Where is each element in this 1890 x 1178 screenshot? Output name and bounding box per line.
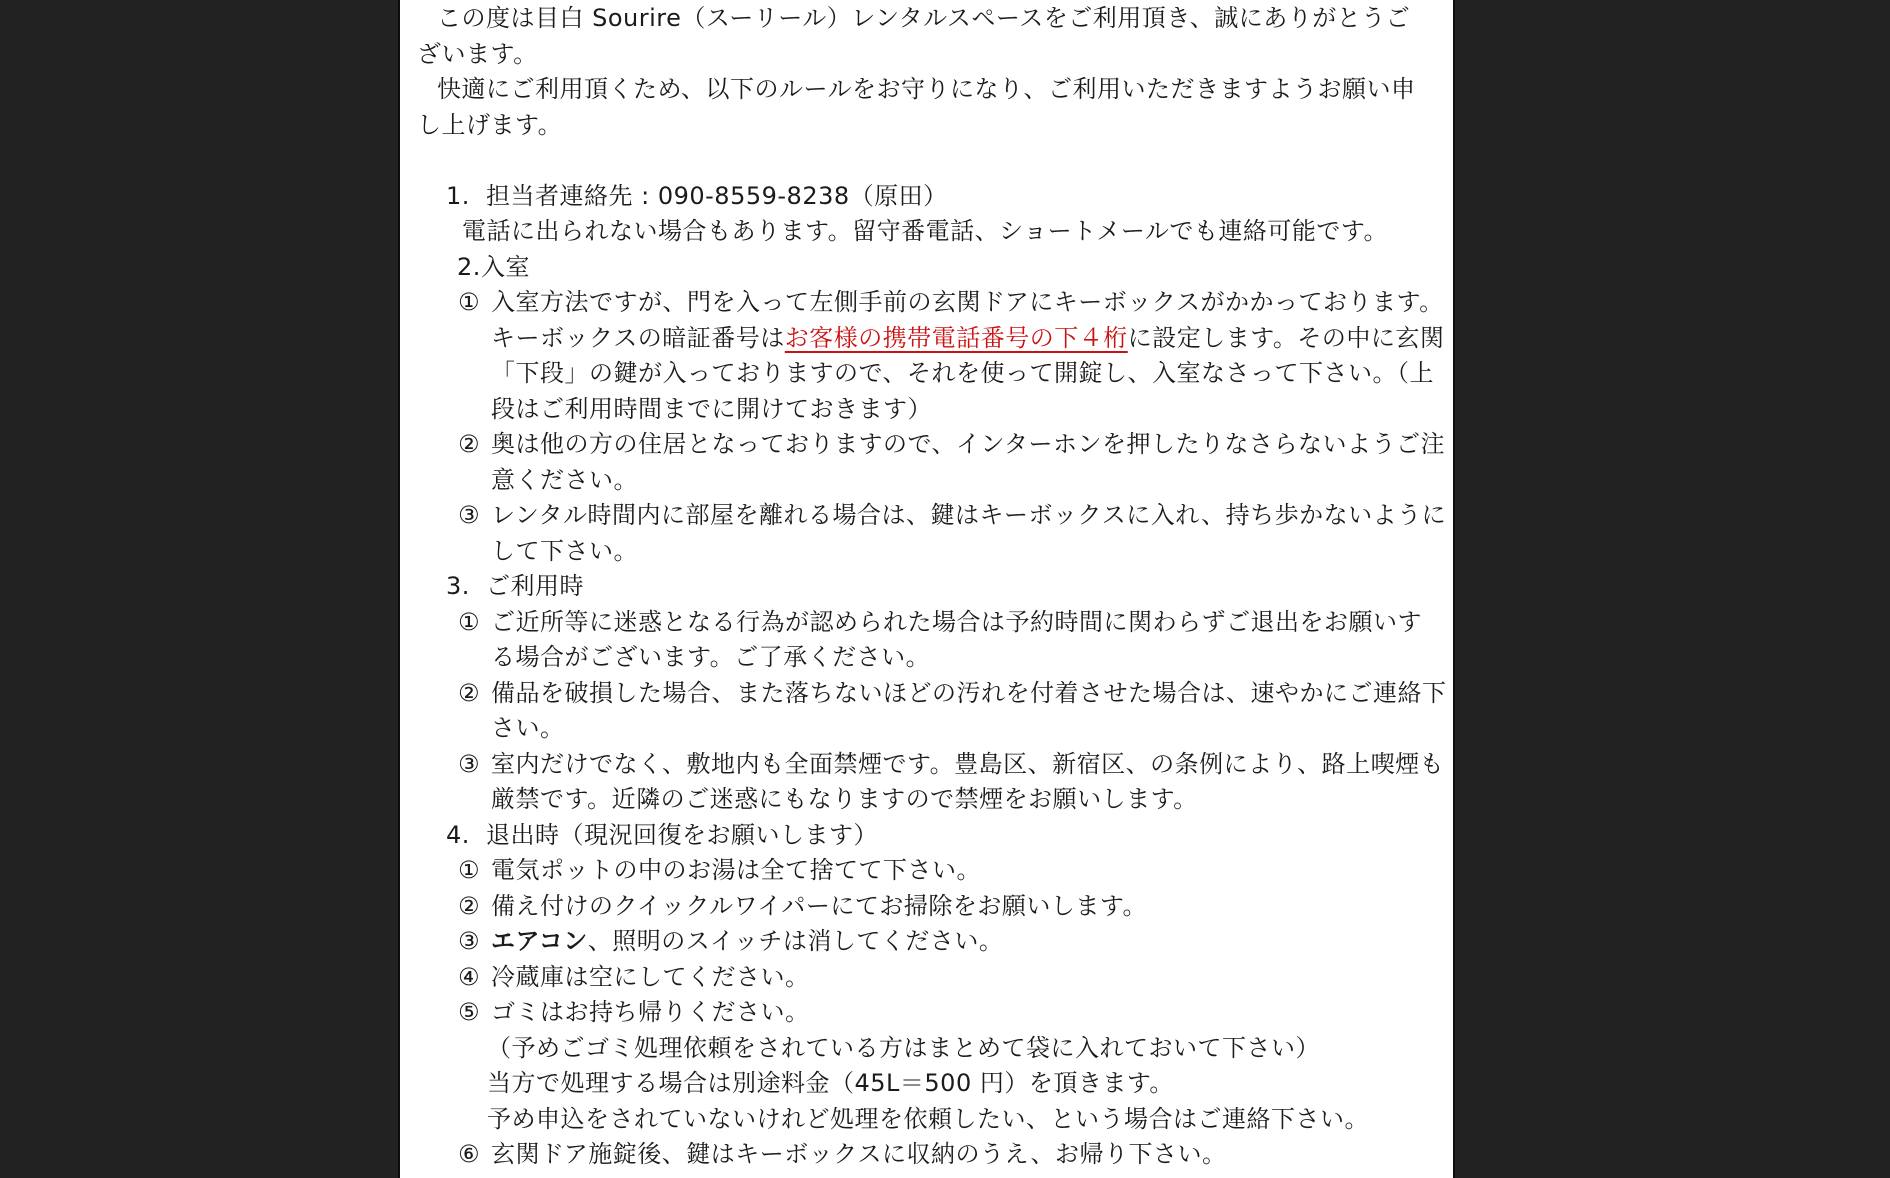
- text-line: 3.ご利用時: [400, 569, 1453, 605]
- text-segment: 室内だけでなく、敷地内も全面禁煙です。豊島区、新宿区、の条例により、路上喫煙も: [491, 750, 1444, 778]
- text-line: ②奥は他の方の住居となっておりますので、インターホンを押したりなさらないようご注: [400, 427, 1453, 463]
- text-line: ①ご近所等に迷惑となる行為が認められた場合は予約時間に関わらずご退出をお願いす: [400, 605, 1453, 641]
- list-marker: ②: [458, 427, 491, 463]
- text-segment: して下さい。: [491, 537, 638, 565]
- text-segment: エアコン: [491, 927, 588, 955]
- text-line: ②備品を破損した場合、また落ちないほどの汚れを付着させた場合は、速やかにご連絡下: [400, 676, 1453, 712]
- text-line: 厳禁です。近隣のご迷惑にもなりますので禁煙をお願いします。: [400, 782, 1453, 818]
- text-segment: この度は目白 Sourire（スーリール）レンタルスペースをご利用頂き、誠にあり…: [437, 4, 1410, 32]
- text-segment: （予めごゴミ処理依頼をされている方はまとめて袋に入れておいて下さい）: [487, 1034, 1320, 1062]
- text-line: ⑥玄関ドア施錠後、鍵はキーボックスに収納のうえ、お帰り下さい。: [400, 1137, 1453, 1173]
- list-marker: ⑥: [458, 1137, 491, 1173]
- text-segment: ご近所等に迷惑となる行為が認められた場合は予約時間に関わらずご退出をお願いす: [491, 608, 1422, 636]
- text-segment: 厳禁です。近隣のご迷惑にもなりますので禁煙をお願いします。: [491, 785, 1198, 813]
- text-segment: 備え付けのクイックルワイパーにてお掃除をお願いします。: [491, 892, 1147, 920]
- text-segment: 担当者連絡先 : 090-8559-8238（原田）: [486, 182, 948, 210]
- text-segment: し上げます。: [417, 111, 562, 139]
- text-segment: 電話に出られない場合もあります。留守番電話、ショートメールでも連絡可能です。: [462, 217, 1388, 245]
- text-line: ③レンタル時間内に部屋を離れる場合は、鍵はキーボックスに入れ、持ち歩かないように: [400, 498, 1453, 534]
- text-segment: 予め申込をされていないけれど処理を依頼したい、という場合はご連絡下さい。: [487, 1105, 1369, 1133]
- text-segment: 当方で処理する場合は別途料金（45L＝500 円）を頂きます。: [487, 1069, 1174, 1097]
- text-line: る場合がございます。ご了承ください。: [400, 640, 1453, 676]
- text-segment: ご利用時: [486, 572, 584, 600]
- text-segment: 冷蔵庫は空にしてください。: [491, 963, 810, 991]
- text-line: ④冷蔵庫は空にしてください。: [400, 960, 1453, 996]
- text-line: ざいます。: [400, 37, 1453, 73]
- text-segment: さい。: [491, 714, 565, 742]
- text-line: さい。: [400, 711, 1453, 747]
- text-line: （予めごゴミ処理依頼をされている方はまとめて袋に入れておいて下さい）: [400, 1031, 1453, 1067]
- text-line: 「下段」の鍵が入っておりますので、それを使って開錠し、入室なさって下さい。（上: [400, 356, 1453, 392]
- text-line: この度は目白 Sourire（スーリール）レンタルスペースをご利用頂き、誠にあり…: [400, 1, 1453, 37]
- list-marker: ①: [458, 285, 491, 321]
- list-marker: ①: [458, 853, 491, 889]
- list-marker: ④: [458, 960, 491, 996]
- text-segment: に設定します。その中に玄関: [1128, 324, 1445, 352]
- text-line: ①入室方法ですが、門を入って左側手前の玄関ドアにキーボックスがかかっております。: [400, 285, 1453, 321]
- list-marker: ①: [458, 605, 491, 641]
- list-marker: ⑤: [458, 995, 491, 1031]
- list-marker: ③: [458, 924, 491, 960]
- text-segment: 意ください。: [491, 466, 638, 494]
- text-line: して下さい。: [400, 534, 1453, 570]
- list-marker: 1.: [446, 179, 486, 215]
- text-segment: 入室: [481, 253, 530, 281]
- text-segment: 奥は他の方の住居となっておりますので、インターホンを押したりなさらないようご注: [491, 430, 1445, 458]
- list-marker: ②: [458, 889, 491, 925]
- list-marker: ③: [458, 747, 491, 783]
- list-marker: ②: [458, 676, 491, 712]
- text-line: ⑤ゴミはお持ち帰りください。: [400, 995, 1453, 1031]
- document-page: この度は目白 Sourire（スーリール）レンタルスペースをご利用頂き、誠にあり…: [398, 0, 1455, 1178]
- text-line: 快適にご利用頂くため、以下のルールをお守りになり、ご利用いただきますようお願い申: [400, 72, 1453, 108]
- list-marker: 4.: [446, 818, 486, 854]
- text-segment: 、照明のスイッチは消してください。: [588, 927, 1004, 955]
- text-line: ③室内だけでなく、敷地内も全面禁煙です。豊島区、新宿区、の条例により、路上喫煙も: [400, 747, 1453, 783]
- text-segment: 退出時（現況回復をお願いします）: [486, 821, 878, 849]
- text-segment: 玄関ドア施錠後、鍵はキーボックスに収納のうえ、お帰り下さい。: [491, 1140, 1226, 1168]
- text-segment: る場合がございます。ご了承ください。: [491, 643, 930, 671]
- text-segment: 段はご利用時間までに開けておきます）: [491, 395, 932, 423]
- text-line: 段はご利用時間までに開けておきます）: [400, 392, 1453, 428]
- text-segment: 電気ポットの中のお湯は全て捨てて下さい。: [491, 856, 981, 884]
- list-marker: ③: [458, 498, 491, 534]
- text-line: 電話に出られない場合もあります。留守番電話、ショートメールでも連絡可能です。: [400, 214, 1453, 250]
- text-segment: ざいます。: [417, 40, 538, 68]
- list-marker: 3.: [446, 569, 486, 605]
- text-line: し上げます。: [400, 108, 1453, 144]
- keybox-code-highlight: お客様の携帯電話番号の下４桁: [785, 324, 1128, 352]
- text-segment: 快適にご利用頂くため、以下のルールをお守りになり、ご利用いただきますようお願い申: [437, 75, 1416, 103]
- text-line: 4.退出時（現況回復をお願いします）: [400, 818, 1453, 854]
- list-marker: 2.: [457, 250, 481, 286]
- text-line: ②備え付けのクイックルワイパーにてお掃除をお願いします。: [400, 889, 1453, 925]
- text-line: 予め申込をされていないけれど処理を依頼したい、という場合はご連絡下さい。: [400, 1102, 1453, 1138]
- screen-background: この度は目白 Sourire（スーリール）レンタルスペースをご利用頂き、誠にあり…: [0, 0, 1890, 1178]
- text-segment: キーボックスの暗証番号は: [491, 324, 785, 352]
- text-segment: 備品を破損した場合、また落ちないほどの汚れを付着させた場合は、速やかにご連絡下: [491, 679, 1447, 707]
- text-line: 2.入室: [400, 250, 1453, 286]
- text-segment: 入室方法ですが、門を入って左側手前の玄関ドアにキーボックスがかかっております。: [491, 288, 1444, 316]
- text-line: キーボックスの暗証番号はお客様の携帯電話番号の下４桁に設定します。その中に玄関: [400, 321, 1453, 357]
- text-segment: 「下段」の鍵が入っておりますので、それを使って開錠し、入室なさって下さい。（上: [491, 359, 1434, 387]
- text-segment: レンタル時間内に部屋を離れる場合は、鍵はキーボックスに入れ、持ち歩かないように: [491, 501, 1446, 529]
- text-line: 1.担当者連絡先 : 090-8559-8238（原田）: [400, 179, 1453, 215]
- text-line: 意ください。: [400, 463, 1453, 499]
- document-body: この度は目白 Sourire（スーリール）レンタルスペースをご利用頂き、誠にあり…: [400, 1, 1453, 1173]
- text-segment: ゴミはお持ち帰りください。: [491, 998, 810, 1026]
- text-line: 当方で処理する場合は別途料金（45L＝500 円）を頂きます。: [400, 1066, 1453, 1102]
- blank-line: [400, 143, 1453, 179]
- text-line: ①電気ポットの中のお湯は全て捨てて下さい。: [400, 853, 1453, 889]
- text-line: ③エアコン、照明のスイッチは消してください。: [400, 924, 1453, 960]
